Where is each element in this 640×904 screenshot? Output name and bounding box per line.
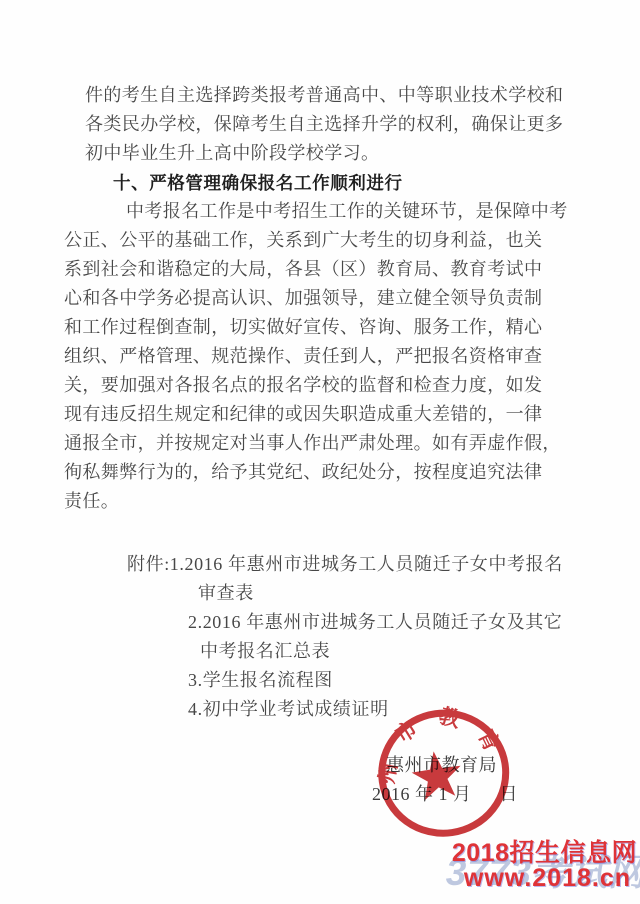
body-line: 关，要加强对各报名点的报名学校的监督和检查力度，如发 [64, 374, 542, 396]
attachment-line: 中考报名汇总表 [200, 637, 330, 663]
body-line: 初中毕业生升上高中阶段学校学习。 [85, 142, 379, 164]
watermark-site-url: www.2018.cn [464, 864, 631, 893]
body-line: 徇私舞弊行为的，给予其党纪、政纪处分，按程度追究法律 [64, 461, 542, 483]
body-line: 心和各中学务必提高认识、加强领导，建立健全领导负责制 [64, 287, 542, 309]
attachment-line: 附件:1.2016 年惠州市进城务工人员随迁子女中考报名 [127, 550, 563, 576]
body-line: 组织、严格管理、规范操作、责任到人，严把报名资格审查 [64, 345, 542, 367]
body-line: 公正、公平的基础工作，关系到广大考生的切身利益，也关 [64, 229, 542, 251]
body-line: 责任。 [64, 490, 119, 512]
attachment-line: 3.学生报名流程图 [188, 666, 333, 692]
seal-star-icon [409, 748, 464, 801]
body-line: 系到社会和谐稳定的大局，各县（区）教育局、教育考试中 [64, 258, 542, 280]
attachment-line: 2.2016 年惠州市进城务工人员随迁子女及其它 [188, 608, 562, 634]
body-line: 各类民办学校，保障考生自主选择升学的权利，确保让更多 [85, 113, 563, 135]
body-line: 现有违反招生规定和纪律的或因失职造成重大差错的，一律 [64, 403, 542, 425]
attachment-line: 审查表 [198, 579, 254, 605]
attachment-line: 4.初中学业考试成绩证明 [188, 695, 389, 721]
body-line: 件的考生自主选择跨类报考普通高中、中等职业技术学校和 [85, 84, 563, 106]
body-line: 通报全市，并按规定对当事人作出严肃处理。如有弄虚作假， [64, 432, 561, 454]
body-line: 和工作过程倒查制，切实做好宣传、咨询、服务工作，精心 [64, 316, 542, 338]
document-page: 件的考生自主选择跨类报考普通高中、中等职业技术学校和 各类民办学校，保障考生自主… [0, 0, 640, 904]
section-heading: 十、严格管理确保报名工作顺利进行 [113, 170, 403, 195]
body-line: 中考报名工作是中考招生工作的关键环节，是保障中考 [64, 200, 568, 222]
